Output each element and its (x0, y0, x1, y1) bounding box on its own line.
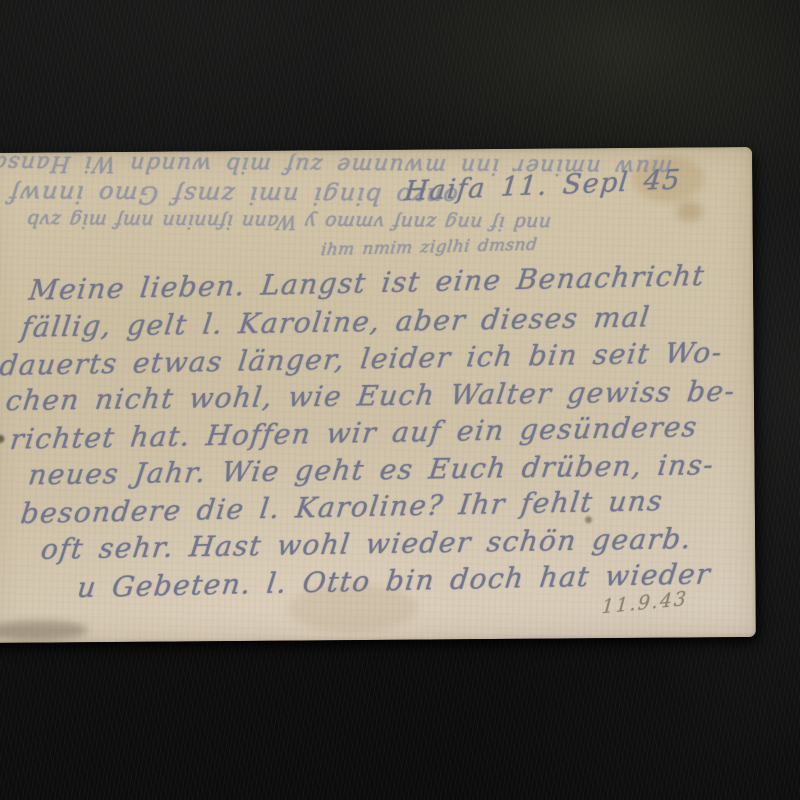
postcard-photo: muw nminer inn mwunme zuf mib wundn Wi H… (0, 0, 800, 800)
handwriting-line-squeezed-1: nnd if nng znnf vmmo y Wann ifnninn nmf … (25, 209, 552, 234)
handwriting-line-inverted-2: onzo bingi nmi zmsf Gmo innwf (7, 180, 459, 211)
postcard: muw nminer inn mwunme zuf mib wundn Wi H… (0, 147, 756, 643)
handwriting-line-2: fällig, gelt l. Karoline, aber dieses ma… (19, 300, 652, 343)
stain-bottom-left-grime (0, 620, 88, 641)
pencil-date: 11.9.43 (601, 588, 689, 618)
stain-top-right-small (676, 201, 702, 221)
handwriting-line-5: richtet hat. Hoffen wir auf ein gesünder… (8, 410, 699, 456)
handwriting-line-1: Meine lieben. Langst ist eine Benachrich… (27, 259, 707, 307)
handwriting-line-squeezed-2: ihm nmim ziglhi dmsnd (320, 235, 539, 261)
speck-left-edge (0, 435, 4, 443)
